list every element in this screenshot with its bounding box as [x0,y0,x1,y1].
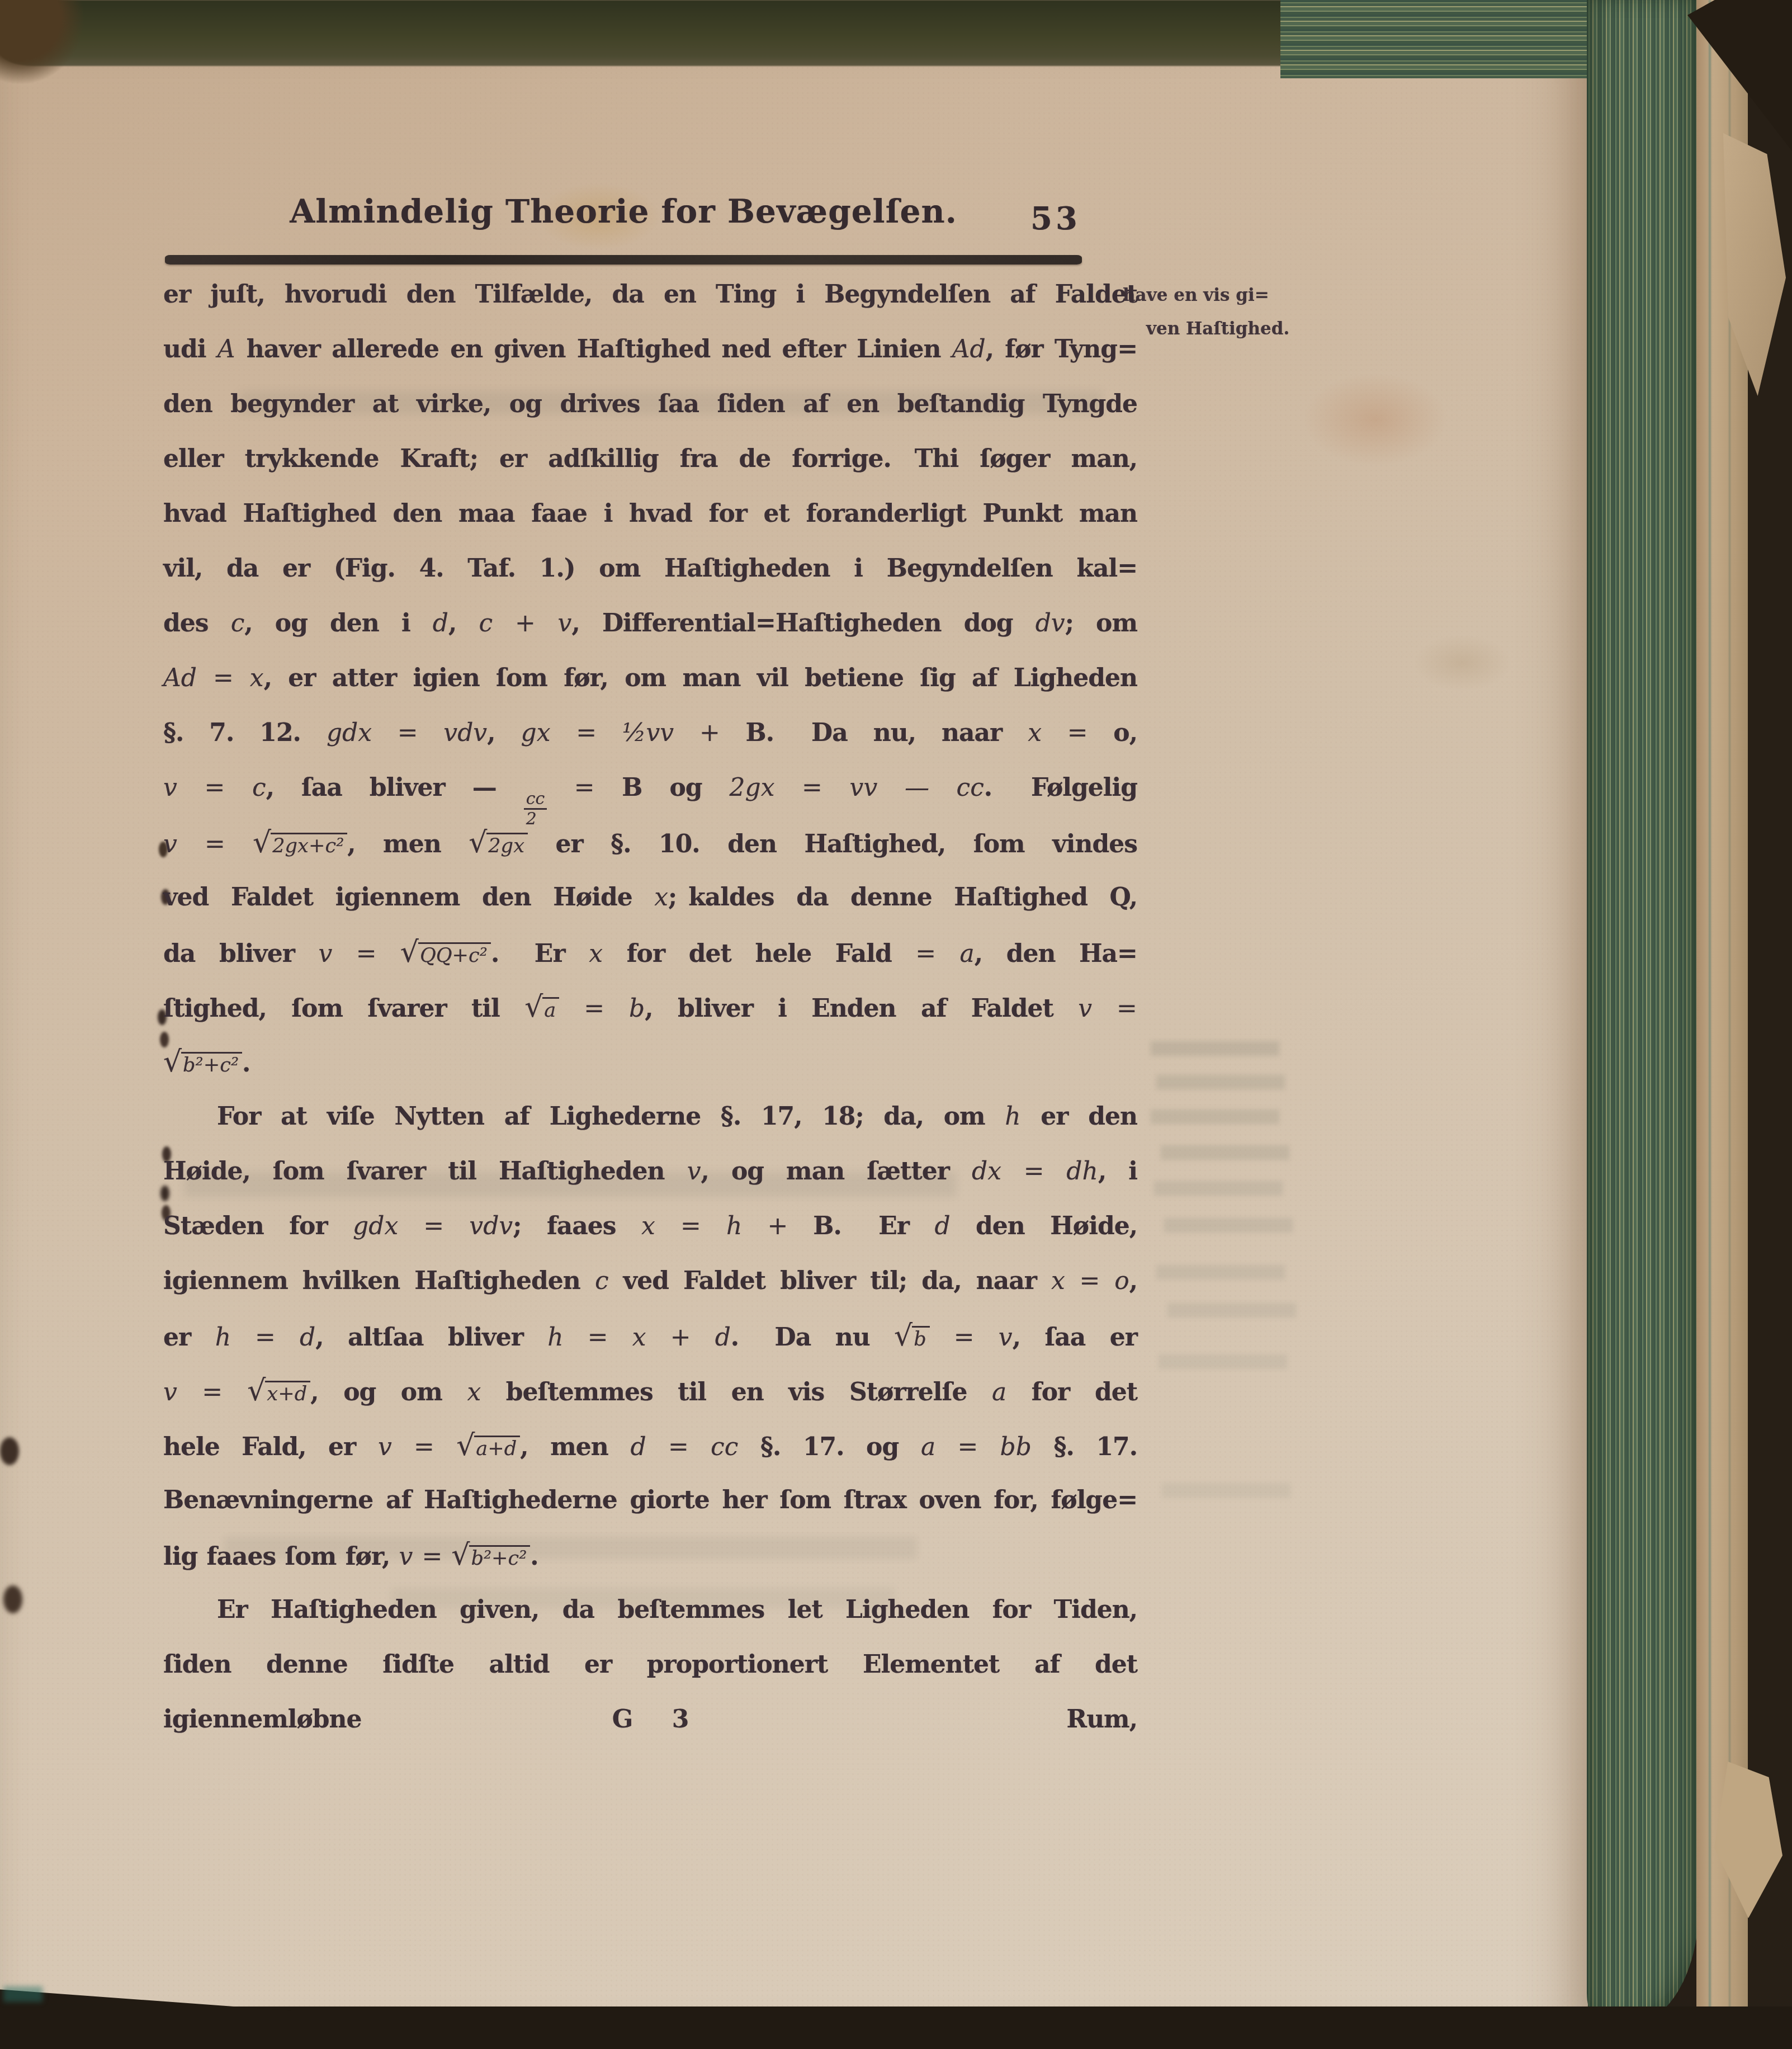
math-segment: x = [1028,719,1113,747]
text-segment: Benævningerne af Haſtighederne giorte he… [163,1486,1137,1514]
sqrt-expression: √2gx+c² [253,830,347,858]
text-segment: er [163,1323,215,1352]
text-line: hele Fald, er v = √a+d, men d = cc §. 17… [163,1418,1137,1473]
text-segment: §. 17. og [738,1433,921,1461]
text-segment: B og [622,773,729,802]
radical-sign: √ [400,936,418,969]
corner-stain [0,0,85,85]
page-header: Almindelig Theorie for Bevægelſen. 53 [165,192,1082,251]
text-segment: , ſaa bliver — [266,773,524,802]
sqrt-expression: √a+d [456,1433,520,1461]
text-segment: , før Tyng= [986,335,1137,363]
radical-sign: √ [469,826,486,860]
text-line: v = √2gx+c², men √2gx er §. 10. den Haſt… [163,815,1137,870]
page-title: Almindelig Theorie for Bevægelſen. [290,192,957,230]
text-segment: , altſaa bliver [315,1323,547,1352]
sqrt-expression: √QQ+c² [400,939,491,968]
radical-sign: √ [894,1319,912,1353]
text-segment: er den [1021,1102,1137,1131]
side-note: have en vis gi= ven Haſtighed. [1123,278,1386,346]
text-segment: Høide, ſom ſvarer til Haſtigheden [163,1157,687,1186]
math-segment: v = [399,1542,452,1571]
text-line: Stæden for gdx = vdv; faaes x = h + B. E… [163,1199,1137,1254]
math-segment: a [992,1378,1006,1406]
math-segment: v = c [163,773,266,802]
text-line: ſtighed, ſom ſvarer til √a = b, bliver i… [163,980,1137,1035]
text-segment: igiennem hvilken Haſtigheden [163,1267,595,1295]
radicand: b²+c² [469,1545,530,1570]
radical-sign: √ [456,1429,474,1462]
text-segment: haver allerede en given Haſtighed ned ef… [235,335,952,363]
text-segment: , og om [310,1378,467,1406]
radical-sign: √ [253,826,271,860]
text-segment: for det [1006,1378,1137,1406]
radicand: a+d [474,1436,520,1460]
text-segment: , men [520,1433,630,1461]
sqrt-expression: √2gx [469,830,528,858]
radicand: QQ+c² [418,942,491,967]
text-segment: , [448,609,479,638]
math-segment: h = x + d [547,1323,731,1352]
text-segment: ved Faldet bliver til; da, naar [609,1267,1052,1295]
sqrt-expression: √b [894,1323,930,1352]
sqrt-expression: √b²+c² [163,1049,242,1078]
math-segment: gdx = vdv [353,1212,513,1240]
radical-sign: √ [247,1374,265,1408]
radicand: 2gx+c² [271,833,347,857]
text-line: hvad Haſtighed den maa faae i hvad for e… [163,487,1137,541]
math-segment: c [595,1267,609,1295]
text-segment: ſtighed, ſom ſvarer til [163,994,524,1023]
text-segment: , bliver i Enden af Faldet [645,994,1078,1023]
radical-sign: √ [451,1538,469,1572]
math-segment: 2gx = vv — cc [730,773,984,802]
text-segment: . Følgelig [984,773,1137,802]
book-fore-edge [1587,0,1699,2027]
text-segment: er §. 10. den Haſtighed, ſom vindes [528,830,1137,858]
radical-sign: √ [524,990,542,1024]
text-segment: , og den i [244,609,432,638]
math-segment: v = [163,830,253,858]
text-segment: , den Ha= [975,939,1137,968]
radicand: 2gx [486,833,528,857]
side-note-line: have en vis gi= [1123,285,1269,305]
text-segment: hele Fald, er [163,1433,378,1461]
text-segment: for det hele Fald [603,939,915,968]
text-segment: Stæden for [163,1212,353,1240]
math-segment: Ad = x [163,664,264,692]
text-line: udi A haver allerede en given Haſtighed … [163,322,1137,377]
book-top-edge-shadow [0,0,1311,66]
scan-root: Almindelig Theorie for Bevægelſen. 53 ha… [0,0,1792,2049]
text-segment: beſtemmes til en vis Størrelſe [481,1378,992,1406]
text-line: eller trykkende Kraft; er adſkillig fra … [163,432,1137,487]
text-segment: , [1129,1267,1137,1295]
text-line: lig faaes ſom før, v = √b²+c². [163,1528,1137,1583]
sqrt-expression: √x+d [247,1378,310,1406]
text-segment: §. 17. [1032,1433,1137,1461]
math-segment: v = [1078,994,1137,1023]
text-segment: er juſt, hvorudi den Tilfælde, da en Tin… [163,280,1137,309]
text-segment: eller trykkende Kraft; er adſkillig fra … [163,445,1137,473]
text-line: da bliver v = √QQ+c². Er x for det hele … [163,925,1137,980]
sqrt-expression: √a [524,994,559,1023]
text-segment: , Differential=Haſtigheden dog [571,609,1035,638]
math-segment: A [218,335,235,363]
math-segment: v [687,1157,701,1186]
text-segment: o, [1113,719,1137,747]
text-segment: des [163,609,231,638]
text-segment: udi [163,335,218,363]
text-line: igiennem hvilken Haſtigheden c ved Falde… [163,1254,1137,1309]
ghost-showthrough-margin [1151,1041,1279,1056]
text-segment: vil, da er (Fig. 4. Taf. 1.) om Haſtighe… [163,554,1137,583]
radicand: b²+c² [181,1052,242,1077]
math-segment: x [589,939,603,968]
text-segment: da bliver [163,939,318,968]
text-segment: den Høide, [951,1212,1137,1240]
text-line: G 3Rum, [163,1692,1137,1747]
edge-tint [3,1986,42,2002]
text-segment: , er atter igien ſom før, om man vil bet… [264,664,1137,692]
text-segment: lig faaes ſom før, [163,1542,399,1571]
text-segment: ; kaldes da denne Haſtighed Q, [668,883,1137,912]
radicand: b [912,1326,930,1351]
header-rule [165,255,1082,265]
math-segment: gdx = vdv [327,719,487,747]
text-segment: . [242,1049,250,1078]
text-line: For at viſe Nytten af Lighederne §. 17, … [163,1089,1137,1144]
text-line: Er Haſtigheden given, da beſtemmes let L… [163,1583,1137,1637]
text-segment: , i [1098,1157,1137,1186]
side-note-line: ven Haſtighed. [1123,312,1386,346]
math-segment: h [1005,1102,1020,1131]
math-segment: v = [163,1378,247,1406]
text-line: √b²+c². [163,1035,1137,1089]
body-text: er juſt, hvorudi den Tilfælde, da en Tin… [163,267,1137,1747]
text-segment: . Er [491,939,589,968]
math-segment: x [654,883,668,912]
text-segment: . [530,1542,538,1571]
text-segment: hvad Haſtighed den maa faae i hvad for e… [163,499,1137,528]
text-segment: , og man ſætter [701,1157,972,1186]
math-segment: dx = dh [972,1157,1098,1186]
text-segment: ; om [1065,609,1137,638]
gutter-ink-blots [0,1437,19,1465]
text-line: des c, og den i d, c + v, Differential=H… [163,596,1137,651]
stain [1409,632,1515,693]
text-line: Benævningerne af Haſtighederne giorte he… [163,1473,1137,1528]
text-segment: , ſaa er [1013,1323,1137,1352]
signature-mark: G 3 [612,1705,689,1734]
math-segment: x = h + [641,1212,813,1240]
text-line: Ad = x, er atter igien ſom før, om man v… [163,651,1137,706]
text-line: Høide, ſom ſvarer til Haſtigheden v, og … [163,1144,1137,1199]
text-line: vil, da er (Fig. 4. Taf. 1.) om Haſtighe… [163,541,1137,596]
math-segment: d = cc [630,1433,738,1461]
radical-sign: √ [163,1045,181,1079]
text-segment: , [487,719,521,747]
numerator: cc [524,790,547,809]
math-segment: gx = ½vv + [521,719,746,747]
text-segment: den begynder at virke, og drives ſaa ſid… [163,390,1137,418]
text-line: er juſt, hvorudi den Tilfælde, da en Tin… [163,267,1137,322]
math-segment: = [547,773,622,802]
math-segment: dv [1036,609,1065,638]
math-segment: h = d [215,1323,316,1352]
text-line: v = c, ſaa bliver — cc2 = B og 2gx = vv … [163,761,1137,815]
math-segment: = b [559,994,645,1023]
text-segment: ; faaes [513,1212,641,1240]
math-segment: c + v [479,609,571,638]
text-segment: For at viſe Nytten af Lighederne §. 17, … [217,1102,1005,1131]
text-segment: . Da nu [731,1323,894,1352]
text-segment: , men [347,830,469,858]
text-line: §. 7. 12. gdx = vdv, gx = ½vv + B. Da nu… [163,706,1137,761]
math-segment: a = bb [921,1433,1032,1461]
text-line: v = √x+d, og om x beſtemmes til en vis S… [163,1363,1137,1418]
catchword: Rum, [1067,1692,1137,1747]
math-segment: Ad [952,335,986,363]
math-segment: = a [915,939,974,968]
text-line: er h = d, altſaa bliver h = x + d. Da nu… [163,1309,1137,1363]
text-line: den begynder at virke, og drives ſaa ſid… [163,377,1137,432]
text-segment: B. Da nu, naar [745,719,1028,747]
math-segment: v = [378,1433,456,1461]
math-segment: = v [930,1323,1013,1352]
math-segment: x [467,1378,481,1406]
text-line: ved Faldet igiennem den Høide x; kaldes … [163,870,1137,925]
radicand: x+d [265,1381,310,1405]
text-segment: ved Faldet igiennem den Høide [163,883,654,912]
math-segment: v = [318,939,400,968]
math-segment: d [934,1212,950,1240]
math-segment: c [231,609,245,638]
page-number: 53 [1030,200,1081,237]
text-segment: §. 7. 12. [163,719,327,747]
sqrt-expression: √b²+c² [451,1542,530,1571]
radicand: a [542,997,559,1022]
stain [1297,369,1454,470]
math-segment: x = o [1051,1267,1129,1295]
math-segment: d [433,609,448,638]
text-line: ſiden denne ſidſte altid er proportioner… [163,1637,1137,1692]
text-segment: B. Er [813,1212,934,1240]
text-segment: Er Haſtigheden given, da beſtemmes let L… [217,1595,1137,1624]
